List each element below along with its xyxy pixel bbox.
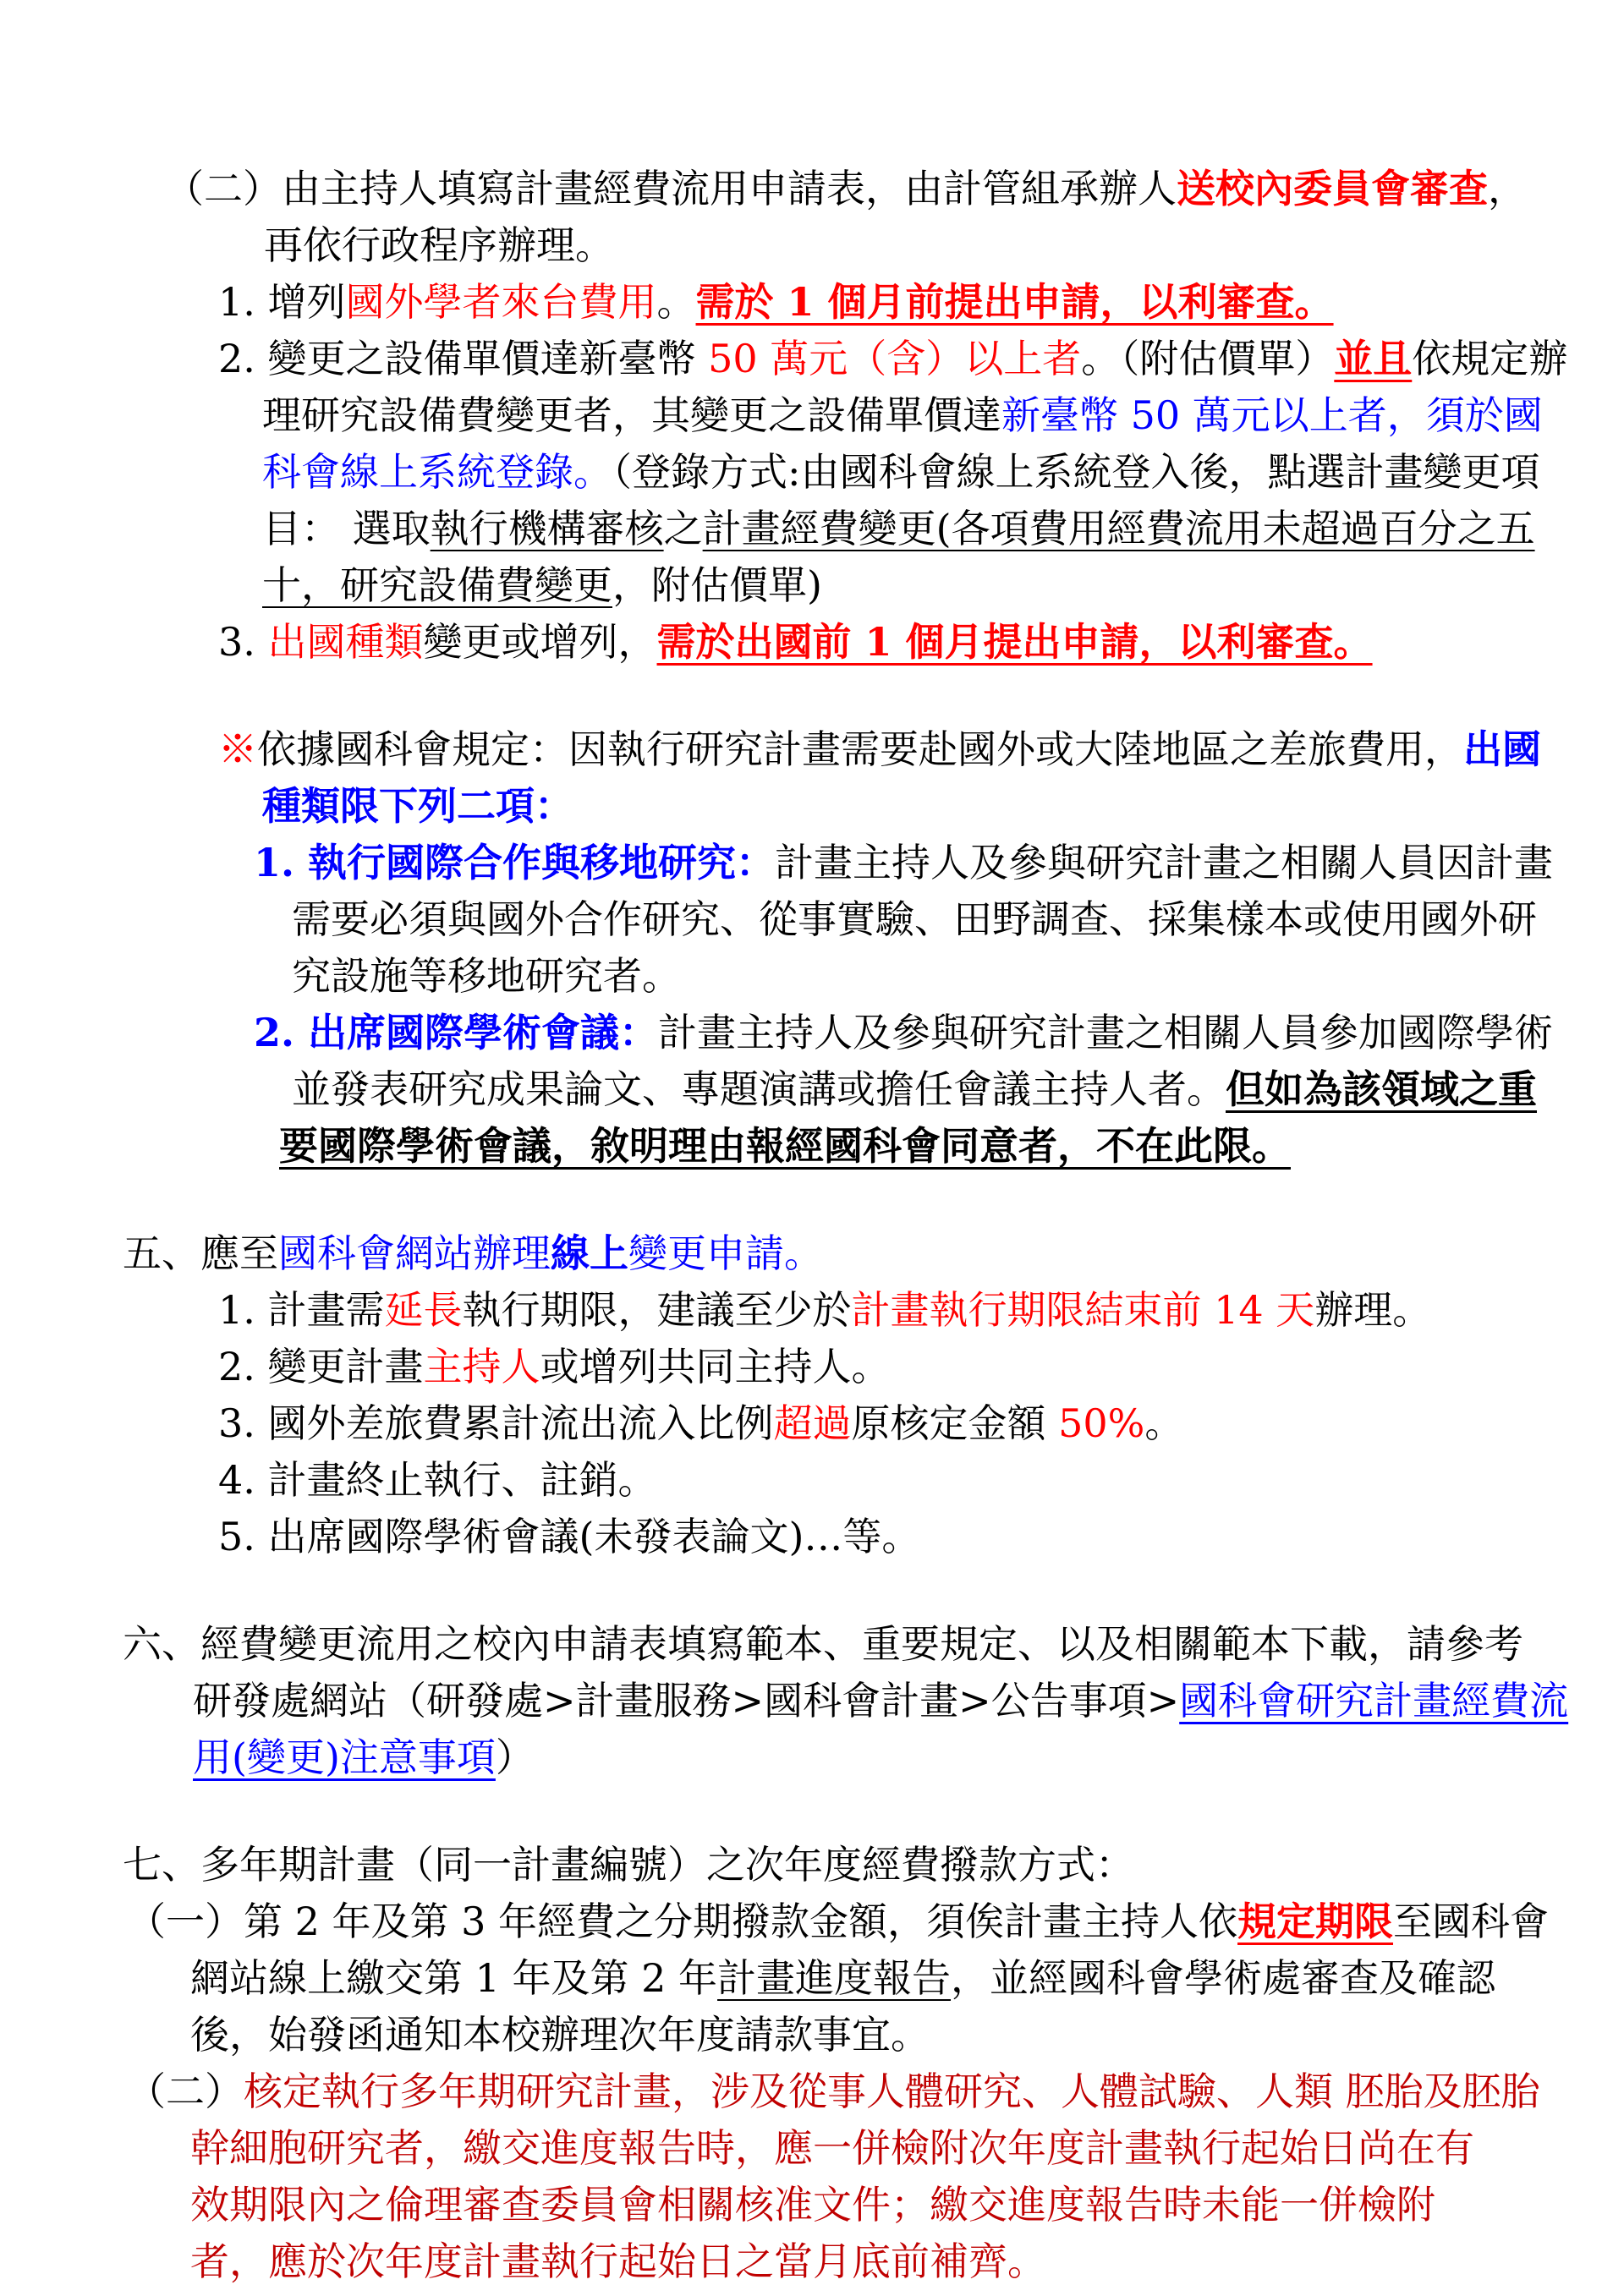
text-run: 核定執行多年期研究計畫，涉及從事人體研究、人體試驗、人類 胚胎及胚胎 bbox=[244, 2069, 1540, 2114]
text-line: 5. 出席國際學術會議(未發表論文)…等。 bbox=[0, 1509, 1624, 1565]
text-run: 五、應至 bbox=[123, 1230, 278, 1276]
text-run: 3. bbox=[218, 619, 268, 665]
text-run: （二） bbox=[127, 2069, 244, 2114]
text-run: 依據國科會規定：因執行研究計畫需要赴國外或大陸地區之差旅費用， bbox=[257, 726, 1463, 772]
text-line: 用(變更)注意事項） bbox=[0, 1729, 1624, 1786]
text-run: 但如為該領域之重 bbox=[1226, 1066, 1537, 1112]
text-run: ，附估價單) bbox=[612, 562, 822, 608]
text-run: 計畫執行期限結束前 14 天 bbox=[852, 1287, 1315, 1333]
text-line: 3. 國外差旅費累計流出流入比例超過原核定金額 50%。 bbox=[0, 1395, 1624, 1452]
text-line: 十，研究設備費變更，附估價單) bbox=[0, 557, 1624, 614]
text-run: 再依行政程序辦理。 bbox=[264, 222, 614, 268]
text-line: 後，始發函通知本校辦理次年度請款事宜。 bbox=[0, 2007, 1624, 2063]
text-run: 4. 計畫終止執行、註銷。 bbox=[218, 1457, 657, 1503]
text-run: 。（附估價單） bbox=[1081, 336, 1334, 381]
text-line: 2. 變更之設備單價達新臺幣 50 萬元（含）以上者。（附估價單）並且依規定辦 bbox=[0, 331, 1624, 387]
text-run: （登錄方式:由國科會線上系統登入後，點選計畫變更項 bbox=[612, 449, 1540, 495]
text-line: 網站線上繳交第 1 年及第 2 年計畫進度報告，並經國科會學術處審查及確認 bbox=[0, 1950, 1624, 2007]
text-run: 主持人 bbox=[424, 1344, 540, 1389]
text-run: 1. 執行國際合作與移地研究： bbox=[254, 840, 775, 885]
text-line: 六、經費變更流用之校內申請表填寫範本、重要規定、以及相關範本下載，請參考 bbox=[0, 1616, 1624, 1673]
text-line: 科會線上系統登錄。（登錄方式:由國科會線上系統登入後，點選計畫變更項 bbox=[0, 444, 1624, 501]
text-run: 2. 變更之設備單價達新臺幣 bbox=[218, 336, 708, 381]
document-body: （二）由主持人填寫計畫經費流用申請表，由計管組承辦人送校內委員會審查，再依行政程… bbox=[0, 0, 1624, 2290]
text-run: 3. 國外差旅費累計流出流入比例 bbox=[218, 1400, 774, 1446]
text-run: 變更申請。 bbox=[628, 1230, 823, 1276]
text-run: 。 bbox=[657, 279, 696, 325]
text-line: ※依據國科會規定：因執行研究計畫需要赴國外或大陸地區之差旅費用，出國 bbox=[0, 721, 1624, 778]
text-run: 目： 選取 bbox=[262, 506, 431, 551]
text-line: 效期限內之倫理審查委員會相關核准文件；繳交進度報告時未能一併檢附 bbox=[0, 2177, 1624, 2233]
text-line: 1. 執行國際合作與移地研究：計畫主持人及參與研究計畫之相關人員因計畫 bbox=[0, 835, 1624, 891]
text-line: 並發表研究成果論文、專題演講或擔任會議主持人者。但如為該領域之重 bbox=[0, 1061, 1624, 1118]
text-run: 執行機構審核 bbox=[431, 506, 664, 551]
text-line: 種類限下列二項： bbox=[0, 778, 1624, 835]
reference-mark: ※ bbox=[218, 726, 257, 772]
text-run: 要國際學術會議，敘明理由報經國科會同意者，不在此限。 bbox=[279, 1123, 1291, 1169]
text-line: 2. 出席國際學術會議：計畫主持人及參與研究計畫之相關人員參加國際學術 bbox=[0, 1005, 1624, 1061]
text-run: 辦理。 bbox=[1314, 1287, 1431, 1333]
text-line: 1. 增列國外學者來台費用。需於 1 個月前提出申請，以利審查。 bbox=[0, 274, 1624, 331]
text-run: 50 萬元（含）以上者 bbox=[708, 336, 1081, 381]
text-line: 幹細胞研究者，繳交進度報告時，應一併檢附次年度計畫執行起始日尚在有 bbox=[0, 2120, 1624, 2177]
text-run: 出國 bbox=[1463, 726, 1541, 772]
document-page: （二）由主持人填寫計畫經費流用申請表，由計管組承辦人送校內委員會審查，再依行政程… bbox=[0, 0, 1624, 2296]
text-line: 理研究設備費變更者，其變更之設備單價達新臺幣 50 萬元以上者，須於國 bbox=[0, 387, 1624, 444]
text-run: （二）由主持人填寫計畫經費流用申請表，由計管組承辦人 bbox=[165, 166, 1177, 211]
text-run: 國科會網站辦理 bbox=[278, 1230, 551, 1276]
text-run: 2. 變更計畫 bbox=[218, 1344, 424, 1389]
text-line: 五、應至國科會網站辦理線上變更申請。 bbox=[0, 1225, 1624, 1282]
text-run: 科會線上系統登錄。 bbox=[262, 449, 612, 495]
text-run: 50% bbox=[1058, 1400, 1144, 1446]
text-run: 新臺幣 50 萬元以上者，須於國 bbox=[1001, 392, 1543, 438]
text-run: 並且 bbox=[1334, 336, 1412, 381]
text-line: 要國際學術會議，敘明理由報經國科會同意者，不在此限。 bbox=[0, 1118, 1624, 1175]
text-run: 需要必須與國外合作研究、從事實驗、田野調查、採集樣本或使用國外研 bbox=[292, 896, 1537, 942]
text-line: 究設施等移地研究者。 bbox=[0, 948, 1624, 1005]
text-run: 研發處網站（研發處>計畫服務>國科會計畫>公告事項> bbox=[193, 1678, 1179, 1723]
text-run: 計畫進度報告 bbox=[717, 1955, 951, 2001]
text-run: 計畫經費變更(各項費用經費流用未超過百分之五 bbox=[703, 506, 1535, 551]
text-line: 目： 選取執行機構審核之計畫經費變更(各項費用經費流用未超過百分之五 bbox=[0, 501, 1624, 557]
text-run: 計畫主持人及參與研究計畫之相關人員參加國際學術 bbox=[658, 1010, 1553, 1055]
text-run: 至國科會 bbox=[1393, 1899, 1549, 1944]
text-run: 出國種類 bbox=[268, 619, 424, 665]
text-run: 原核定金額 bbox=[852, 1400, 1059, 1446]
text-run: ， bbox=[1488, 166, 1527, 211]
text-run: 執行期限，建議至少於 bbox=[463, 1287, 852, 1333]
text-run: 網站線上繳交第 1 年及第 2 年 bbox=[190, 1955, 717, 2001]
text-run: 七、多年期計畫（同一計畫編號）之次年度經費撥款方式： bbox=[123, 1842, 1134, 1888]
text-run: 超過 bbox=[774, 1400, 852, 1446]
text-run: 理研究設備費變更者，其變更之設備單價達 bbox=[262, 392, 1001, 438]
text-line: 3. 出國種類變更或增列，需於出國前 1 個月提出申請，以利審查。 bbox=[0, 614, 1624, 671]
text-run: ，並經國科會學術處審查及確認 bbox=[951, 1955, 1495, 2001]
text-run: 種類限下列二項： bbox=[262, 783, 573, 829]
text-run: 需於出國前 1 個月提出申請，以利審查。 bbox=[657, 619, 1373, 665]
text-line: （二）由主持人填寫計畫經費流用申請表，由計管組承辦人送校內委員會審查， bbox=[0, 161, 1624, 217]
text-run: 究設施等移地研究者。 bbox=[292, 953, 681, 999]
text-line: 4. 計畫終止執行、註銷。 bbox=[0, 1452, 1624, 1509]
text-line: 研發處網站（研發處>計畫服務>國科會計畫>公告事項>國科會研究計畫經費流 bbox=[0, 1673, 1624, 1729]
text-run: 計畫主持人及參與研究計畫之相關人員因計畫 bbox=[775, 840, 1553, 885]
text-run: 5. 出席國際學術會議(未發表論文)…等。 bbox=[218, 1514, 920, 1559]
link-expense-change-notice-part1[interactable]: 國科會研究計畫經費流 bbox=[1179, 1678, 1568, 1723]
text-run: 規定期限 bbox=[1237, 1899, 1393, 1944]
text-run: 需於 1 個月前提出申請，以利審查。 bbox=[696, 279, 1334, 325]
text-run: 1. 計畫需 bbox=[218, 1287, 385, 1333]
text-line: 者，應於次年度計畫執行起始日之當月底前補齊。 bbox=[0, 2233, 1624, 2290]
text-run: 依規定辦 bbox=[1412, 336, 1567, 381]
text-run: 。 bbox=[1144, 1400, 1183, 1446]
text-line: （一）第 2 年及第 3 年經費之分期撥款金額，須俟計畫主持人依規定期限至國科會 bbox=[0, 1893, 1624, 1950]
text-run: 並發表研究成果論文、專題演講或擔任會議主持人者。 bbox=[292, 1066, 1226, 1112]
link-expense-change-notice-part2[interactable]: 用(變更)注意事項 bbox=[193, 1734, 496, 1780]
text-line: 七、多年期計畫（同一計畫編號）之次年度經費撥款方式： bbox=[0, 1837, 1624, 1893]
text-run: 者，應於次年度計畫執行起始日之當月底前補齊。 bbox=[190, 2238, 1046, 2284]
text-line: 需要必須與國外合作研究、從事實驗、田野調查、採集樣本或使用國外研 bbox=[0, 891, 1624, 948]
text-line: 再依行政程序辦理。 bbox=[0, 217, 1624, 274]
text-line: 1. 計畫需延長執行期限，建議至少於計畫執行期限結束前 14 天辦理。 bbox=[0, 1282, 1624, 1339]
text-run: 十，研究設備費變更 bbox=[262, 562, 612, 608]
text-run: 送校內委員會審查 bbox=[1177, 166, 1488, 211]
text-run: 2. 出席國際學術會議： bbox=[254, 1010, 658, 1055]
text-run: 線上 bbox=[551, 1230, 628, 1276]
text-run: ） bbox=[496, 1734, 535, 1780]
text-run: （一）第 2 年及第 3 年經費之分期撥款金額，須俟計畫主持人依 bbox=[127, 1899, 1237, 1944]
text-run: 變更或增列， bbox=[424, 619, 657, 665]
text-run: 1. 增列 bbox=[218, 279, 346, 325]
text-run: 之 bbox=[664, 506, 703, 551]
text-run: 延長 bbox=[385, 1287, 463, 1333]
text-run: 六、經費變更流用之校內申請表填寫範本、重要規定、以及相關範本下載，請參考 bbox=[123, 1621, 1523, 1667]
text-run: 國外學者來台費用 bbox=[346, 279, 657, 325]
text-line: 2. 變更計畫主持人或增列共同主持人。 bbox=[0, 1339, 1624, 1395]
text-run: 幹細胞研究者，繳交進度報告時，應一併檢附次年度計畫執行起始日尚在有 bbox=[190, 2125, 1474, 2171]
text-run: 效期限內之倫理審查委員會相關核准文件；繳交進度報告時未能一併檢附 bbox=[190, 2182, 1435, 2228]
text-run: 或增列共同主持人。 bbox=[540, 1344, 891, 1389]
text-run: 後，始發函通知本校辦理次年度請款事宜。 bbox=[190, 2012, 930, 2058]
text-line: （二）核定執行多年期研究計畫，涉及從事人體研究、人體試驗、人類 胚胎及胚胎 bbox=[0, 2063, 1624, 2120]
